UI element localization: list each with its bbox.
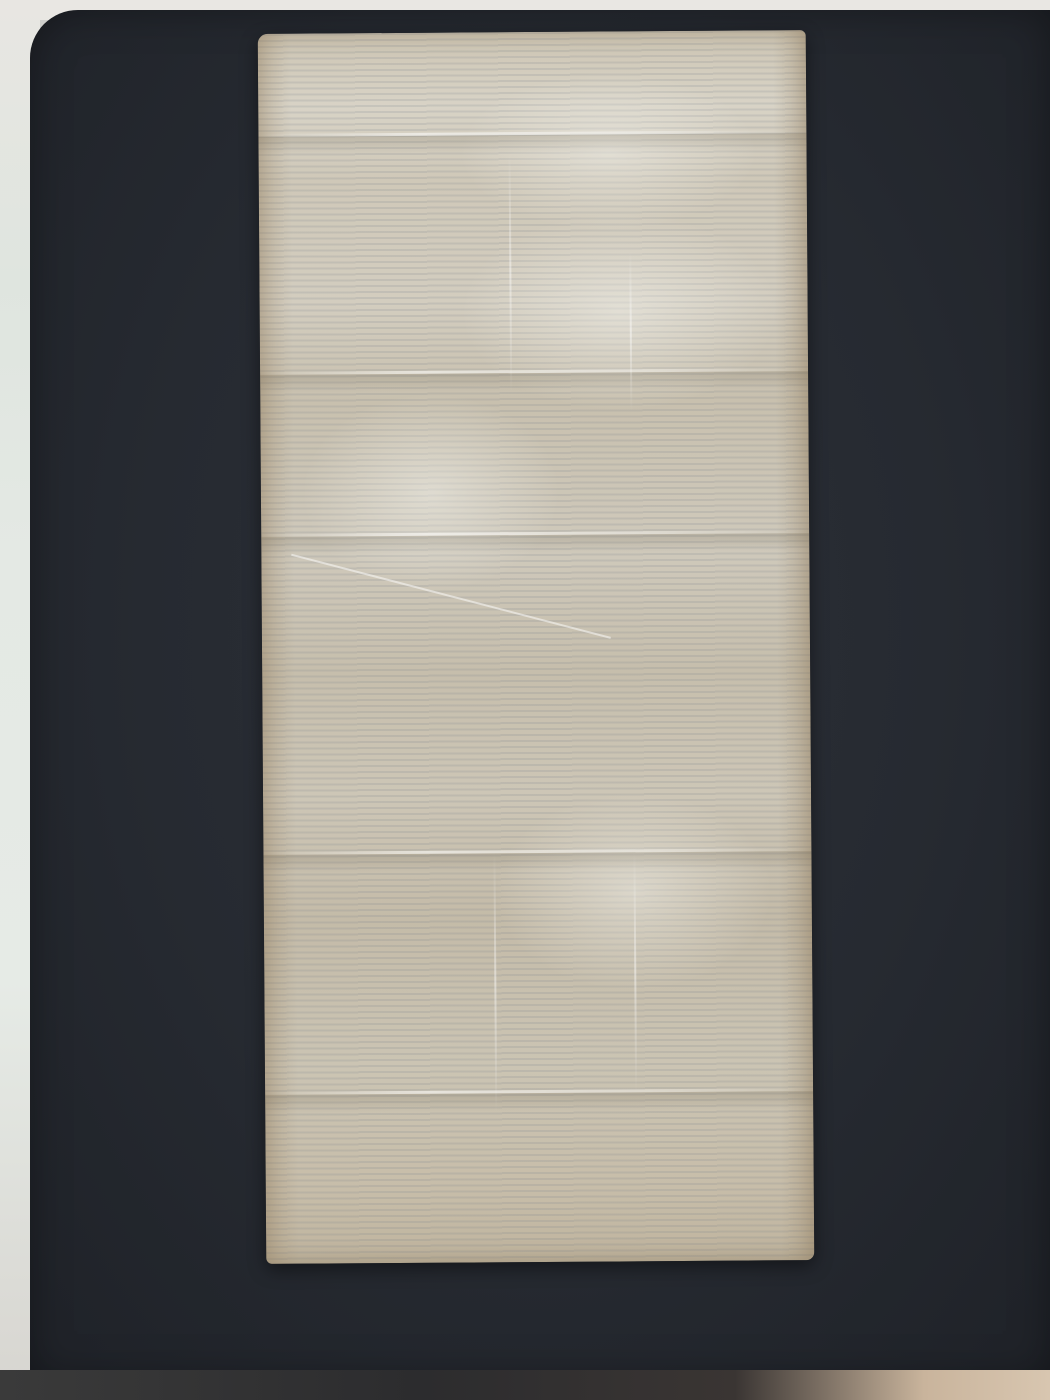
paper-fold-shadow <box>261 533 809 555</box>
background-floor-bottom <box>0 1370 1050 1400</box>
wrapped-package <box>258 30 815 1264</box>
paper-fold-shadow <box>263 851 811 873</box>
paper-fold-shadow <box>260 371 808 393</box>
paper-fold-shadow <box>258 133 806 155</box>
light-reflection <box>300 392 561 594</box>
paper-fold-shadow <box>265 1091 813 1113</box>
